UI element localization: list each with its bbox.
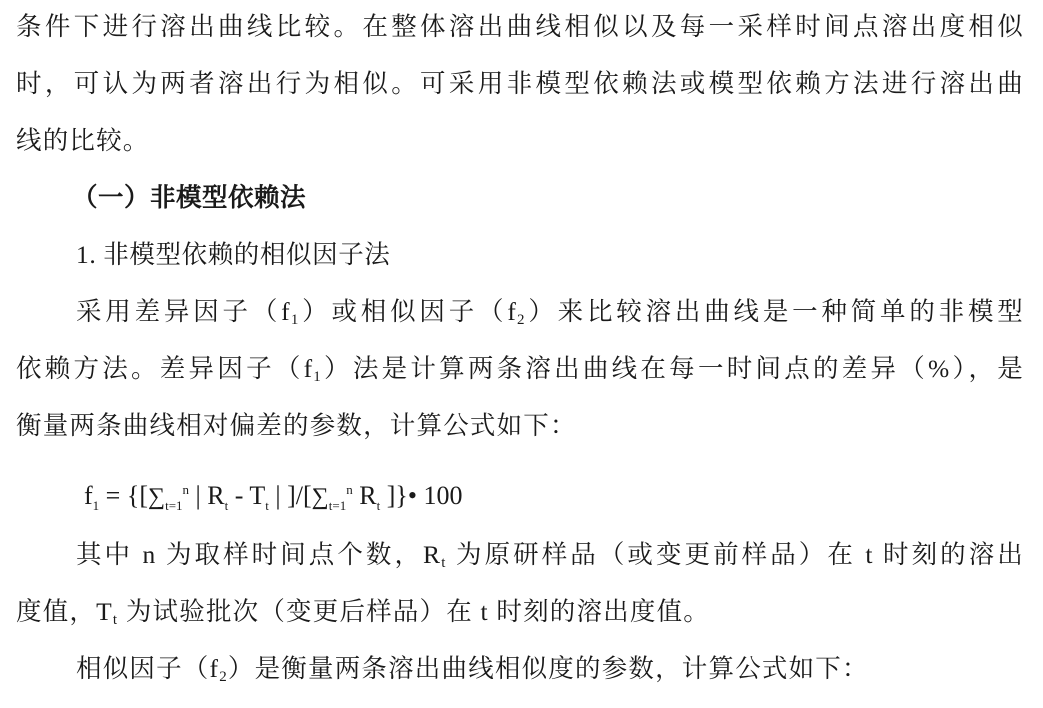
formula-symbol: f <box>84 481 93 510</box>
subscript: 1 <box>313 369 322 385</box>
formula-symbol: R <box>353 481 377 510</box>
text-run: 为原研样品（或变更前样品）在 t 时刻的溶出 <box>447 540 1024 569</box>
formula-f1: f1 = {[∑t=1n | Rt - Tt | ]/[∑t=1n Rt ]}•… <box>84 478 462 515</box>
body-text-line: 度值，Tt 为试验批次（变更后样品）在 t 时刻的溶出度值。 <box>16 595 710 629</box>
text-run: ）或相似因子（f <box>300 297 517 326</box>
subscript: 1 <box>291 312 300 328</box>
formula-symbol: | R <box>189 481 225 510</box>
formula-symbol: - T <box>228 481 265 510</box>
subsection-heading: 1. 非模型依赖的相似因子法 <box>76 238 390 272</box>
text-run: 其中 n 为取样时间点个数，R <box>76 540 441 569</box>
body-text-line: 条件下进行溶出曲线比较。在整体溶出曲线相似以及每一采样时间点溶出度相似 <box>16 10 1024 44</box>
section-heading: （一）非模型依赖法 <box>72 181 306 215</box>
formula-subscript: t=1 <box>329 498 346 513</box>
subscript: 2 <box>517 312 526 328</box>
subscript: 2 <box>219 669 228 685</box>
text-run: 度值，T <box>16 597 113 626</box>
text-run: 为试验批次（变更后样品）在 t 时刻的溶出度值。 <box>118 597 710 626</box>
text-run: ）是衡量两条溶出曲线相似度的参数，计算公式如下： <box>228 654 869 683</box>
body-text-line: 采用差异因子（f1）或相似因子（f2）来比较溶出曲线是一种简单的非模型 <box>76 295 1024 329</box>
formula-symbol: = {[ <box>99 481 148 510</box>
formula-subscript: t=1 <box>165 498 182 513</box>
text-run: 采用差异因子（f <box>76 297 291 326</box>
body-text-line: 线的比较。 <box>16 124 150 158</box>
body-text-line: 依赖方法。差异因子（f1）法是计算两条溶出曲线在每一时间点的差异（%），是 <box>16 352 1024 386</box>
text-run: 依赖方法。差异因子（f <box>16 354 313 383</box>
formula-symbol: | ]/[ <box>269 481 312 510</box>
body-text-line: 时，可认为两者溶出行为相似。可采用非模型依赖法或模型依赖方法进行溶出曲 <box>16 67 1024 101</box>
sigma-icon: ∑ <box>312 484 329 510</box>
body-text-line: 衡量两条曲线相对偏差的参数，计算公式如下： <box>16 409 577 443</box>
text-run: ）来比较溶出曲线是一种简单的非模型 <box>526 297 1024 326</box>
text-run: ）法是计算两条溶出曲线在每一时间点的差异（%），是 <box>322 354 1024 383</box>
text-run: 相似因子（f <box>76 654 219 683</box>
sigma-icon: ∑ <box>148 484 165 510</box>
formula-symbol: ]}• 100 <box>380 481 462 510</box>
body-text-line: 相似因子（f2）是衡量两条溶出曲线相似度的参数，计算公式如下： <box>76 652 869 686</box>
body-text-line: 其中 n 为取样时间点个数，Rt 为原研样品（或变更前样品）在 t 时刻的溶出 <box>76 538 1024 572</box>
